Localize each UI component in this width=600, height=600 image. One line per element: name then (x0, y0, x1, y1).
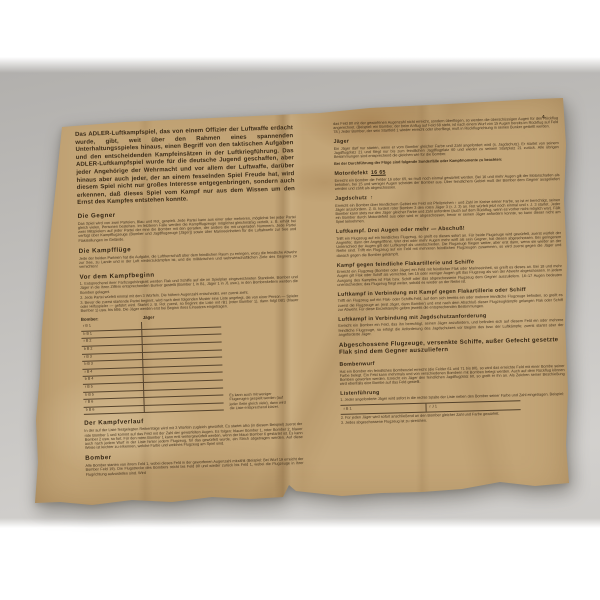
screenshot-root: { "photo": { "surface_color": "#c8c6c3",… (0, 0, 600, 600)
heading-jagdschutz-text: Jagdschutz (335, 195, 367, 202)
page-left-column: Das ADLER-Luftkampfspiel, das von einem … (75, 125, 304, 476)
motordefekt-field-numbers: 16 65 (371, 170, 386, 176)
example-cell-bomber: r B 1 (340, 403, 426, 414)
aircraft-roster-table: Bomber: Jäger r B 1 b B 1 r B 2 b B 2 r … (81, 313, 224, 415)
roster-cell-empty (145, 403, 224, 412)
heading-motordefekt-text: Motordefekt (334, 170, 368, 177)
heading-ausliefern: Abgeschossene Flugzeuge, versenkte Schif… (339, 337, 564, 357)
roster-side-note: Es kann auch mit weniger Flugzeugen gesp… (229, 391, 288, 410)
paper-shadow-wrap: 4. Das ADLER-Luftkampfspiel, das von ein… (0, 0, 600, 600)
arrow-up-icon: ↑ (370, 195, 373, 201)
paragraph-die-gegner: Das Spiel wird von zwei Parteien, Blau u… (78, 215, 297, 243)
paragraph-der-kampfverlauf: In der auf der Liste festgelegten Reihen… (84, 422, 303, 450)
page-right-column: das Feld 80 mit der geworfenen Augenzahl… (333, 114, 566, 425)
instruction-sheet: 4. Das ADLER-Luftkampfspiel, das von ein… (30, 90, 575, 510)
continuation-paragraph: das Feld 80 mit der geworfenen Augenzahl… (333, 116, 558, 134)
paragraph-luftkampf: Trifft ein Flugzeug auf ein feindliches … (336, 231, 561, 258)
roster-cell: b B 6 (84, 406, 145, 415)
example-cell-jaeger: r J 1 (426, 401, 520, 412)
paragraph-jagdschutz: Erreicht ein Bomber über feindlichem Geb… (335, 198, 560, 225)
intro-paragraph: Das ADLER-Luftkampfspiel, das von einem … (75, 125, 295, 208)
